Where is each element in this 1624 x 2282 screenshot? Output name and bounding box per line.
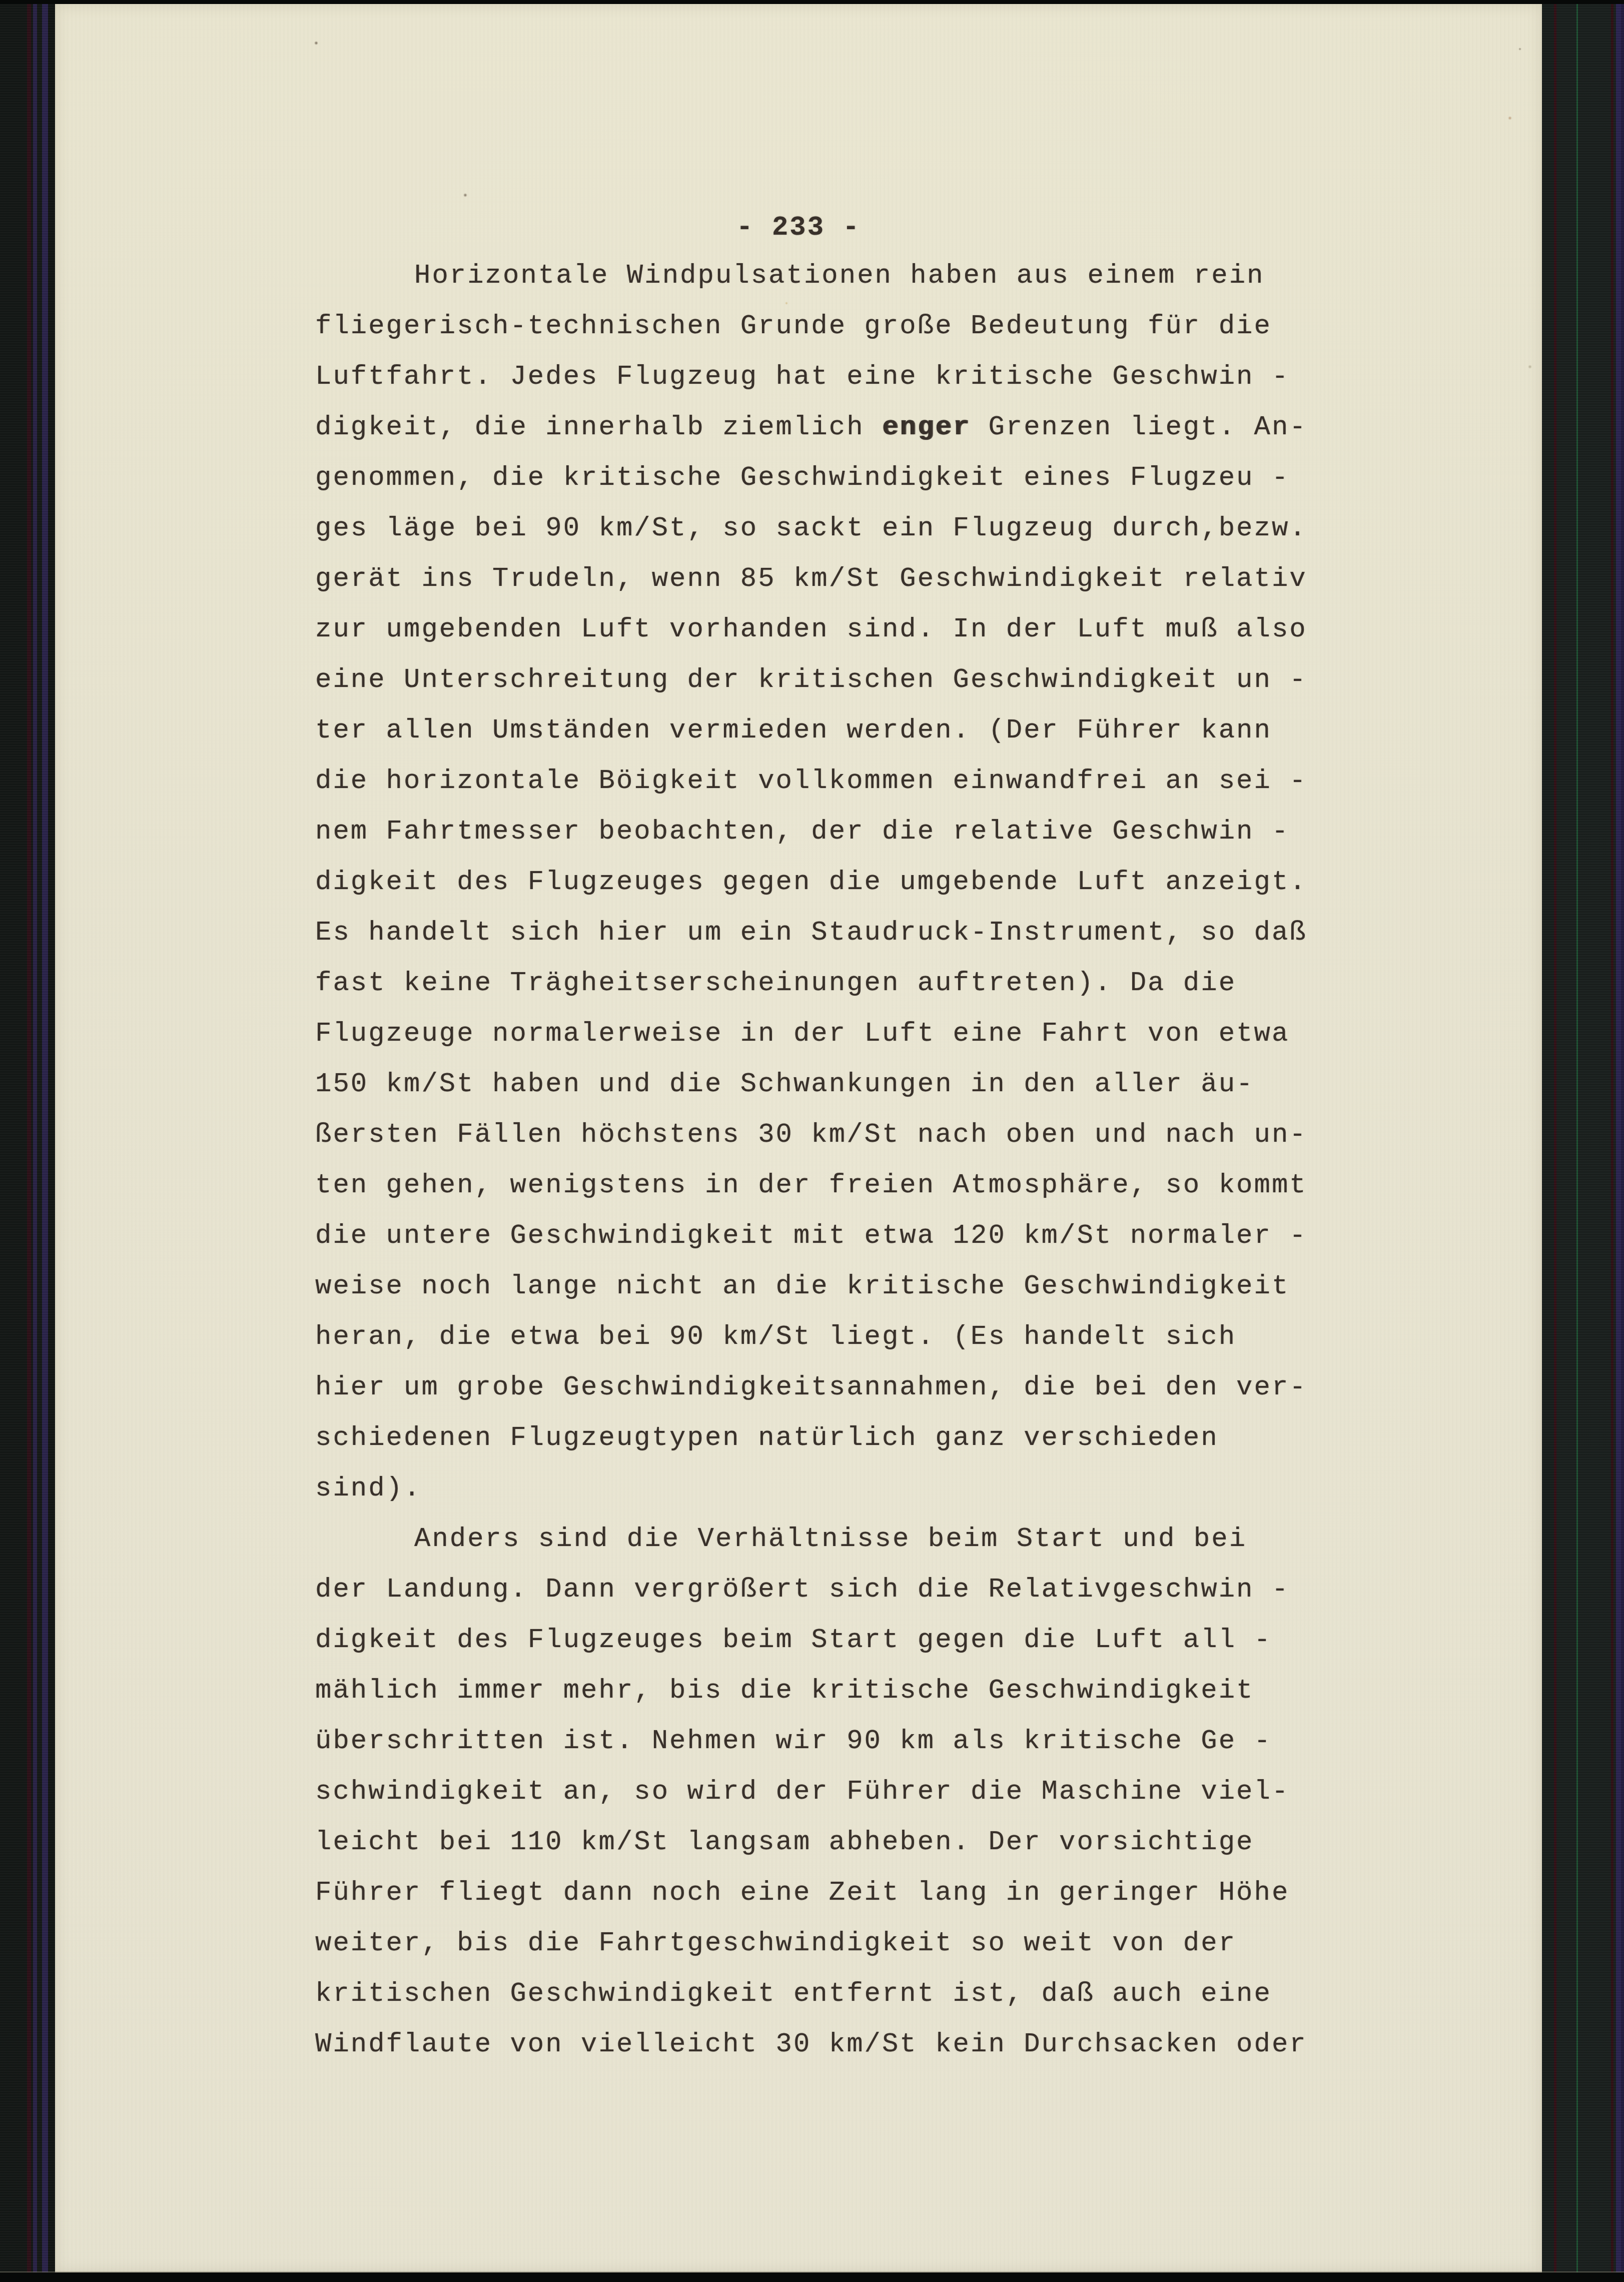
- scan-border-right: [1542, 0, 1624, 2282]
- text-line: digkeit, die innerhalb ziemlich enger Gr…: [315, 402, 1406, 453]
- scan-border-top: [0, 0, 1624, 4]
- text-line: mählich immer mehr, bis die kritische Ge…: [315, 1666, 1406, 1716]
- text-line: ten gehen, wenigstens in der freien Atmo…: [315, 1160, 1406, 1211]
- typewritten-text: Horizontale Windpulsationen haben aus ei…: [315, 251, 1406, 2070]
- text-line: Windflaute von vielleicht 30 km/St kein …: [315, 2019, 1406, 2070]
- text-line: Luftfahrt. Jedes Flugzeug hat eine kriti…: [315, 352, 1406, 402]
- text-line: ges läge bei 90 km/St, so sackt ein Flug…: [315, 503, 1406, 554]
- text-line: ßersten Fällen höchstens 30 km/St nach o…: [315, 1110, 1406, 1160]
- text-line: heran, die etwa bei 90 km/St liegt. (Es …: [315, 1312, 1406, 1362]
- text-line: ter allen Umständen vermieden werden. (D…: [315, 705, 1406, 756]
- scan-border-left: [0, 0, 55, 2282]
- text-line: digkeit des Flugzeuges gegen die umgeben…: [315, 857, 1406, 908]
- text-line: 150 km/St haben und die Schwankungen in …: [315, 1059, 1406, 1110]
- text-line: Führer fliegt dann noch eine Zeit lang i…: [315, 1868, 1406, 1918]
- text-line: hier um grobe Geschwindigkeitsannahmen, …: [315, 1362, 1406, 1413]
- paper-sheet: - 233 - Horizontale Windpulsationen habe…: [55, 4, 1542, 2272]
- text-line: leicht bei 110 km/St langsam abheben. De…: [315, 1817, 1406, 1868]
- text-line: Horizontale Windpulsationen haben aus ei…: [315, 251, 1406, 301]
- text-line: digkeit des Flugzeuges beim Start gegen …: [315, 1615, 1406, 1666]
- text-line: Anders sind die Verhältnisse beim Start …: [315, 1514, 1406, 1565]
- text-line: zur umgebenden Luft vorhanden sind. In d…: [315, 604, 1406, 655]
- text-line: gerät ins Trudeln, wenn 85 km/St Geschwi…: [315, 554, 1406, 604]
- text-line: sind).: [315, 1463, 1406, 1514]
- text-line: Es handelt sich hier um ein Staudruck-In…: [315, 908, 1406, 958]
- overstruck-word: enger: [882, 412, 971, 443]
- text-line: schwindigkeit an, so wird der Führer die…: [315, 1767, 1406, 1817]
- text-line: fast keine Trägheitserscheinungen auftre…: [315, 958, 1406, 1009]
- page-number: - 233 -: [55, 203, 1542, 253]
- text-line: schiedenen Flugzeugtypen natürlich ganz …: [315, 1413, 1406, 1463]
- text-line: überschritten ist. Nehmen wir 90 km als …: [315, 1716, 1406, 1767]
- text-line: fliegerisch-technischen Grunde große Bed…: [315, 301, 1406, 352]
- text-line: die horizontale Böigkeit vollkommen einw…: [315, 756, 1406, 807]
- text-line: der Landung. Dann vergrößert sich die Re…: [315, 1565, 1406, 1615]
- text-line: genommen, die kritische Geschwindigkeit …: [315, 453, 1406, 503]
- text-line: nem Fahrtmesser beobachten, der die rela…: [315, 807, 1406, 857]
- text-line: die untere Geschwindigkeit mit etwa 120 …: [315, 1211, 1406, 1261]
- text-line: weise noch lange nicht an die kritische …: [315, 1261, 1406, 1312]
- scan-border-bottom: [0, 2272, 1624, 2282]
- text-line: weiter, bis die Fahrtgeschwindigkeit so …: [315, 1918, 1406, 1969]
- text-line: Flugzeuge normalerweise in der Luft eine…: [315, 1009, 1406, 1059]
- text-line: kritischen Geschwindigkeit entfernt ist,…: [315, 1969, 1406, 2019]
- text-line: eine Unterschreitung der kritischen Gesc…: [315, 655, 1406, 705]
